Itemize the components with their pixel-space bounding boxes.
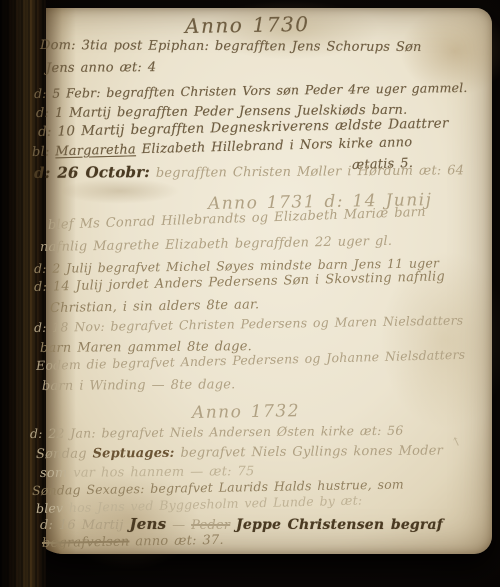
manuscript-line: Christian, i sin alders 8te aar.: [50, 297, 260, 316]
line-part: anno æt: 37.: [129, 533, 224, 550]
manuscript-line: d: 5 Febr: begrafften Christen Vors søn …: [34, 80, 468, 101]
manuscript-line: nafnlig Magrethe Elizabeth begraffden 22…: [40, 234, 392, 255]
line-part: Elizabeth Hillebrand i Nors kirke anno: [136, 135, 413, 157]
underlined-name: Margaretha: [55, 142, 136, 159]
dark-overwrite: Jeppe Christensen begraf: [236, 517, 443, 533]
line-part: d: 16 Martij: [40, 518, 129, 533]
manuscript-line: begrafvelsen anno æt: 37.: [42, 533, 224, 551]
handwriting-layer: Anno 1730 Dom: 3tia post Epiphan: begraf…: [0, 0, 500, 587]
line-part: —: [166, 518, 191, 533]
manuscript-line: barn i Winding — 8te dage.: [42, 377, 236, 394]
line-part: Søndag: [36, 447, 93, 462]
struck-word: Peder: [191, 518, 230, 533]
manuscript-line-overwritten: d: 16 Martij Jens — Peder Jeppe Christen…: [40, 515, 443, 533]
dark-overwrite: d: 26 Octobr:: [34, 163, 150, 182]
dark-overwrite: Jens: [129, 515, 166, 533]
manuscript-line: som var hos hannem — æt: 75: [40, 464, 255, 481]
line-part: begrafften Christen Møller i Hørdum æt: …: [150, 163, 464, 181]
manuscript-line: Søndag Septuages: begrafvet Niels Gyllin…: [36, 443, 443, 462]
manuscript-line: d: 22 Jan: begrafvet Niels Andersen Øste…: [30, 423, 404, 441]
manuscript-line: d: 18 Nov: begrafvet Christen Pedersens …: [34, 313, 464, 335]
year-heading-1732: Anno 1732: [192, 401, 300, 423]
line-part: bl:: [32, 144, 56, 160]
pen-mark: ↑: [449, 433, 464, 450]
year-heading-1730: Anno 1730: [185, 12, 310, 38]
struck-word: begrafvelsen: [42, 534, 130, 551]
manuscript-line: Jens anno æt: 4: [46, 60, 156, 76]
line-part: begrafvet Niels Gyllings kones Moder: [175, 443, 443, 460]
manuscript-line-overwritten: d: 26 Octobr: begrafften Christen Møller…: [34, 160, 464, 182]
manuscript-line: Dom: 3tia post Epiphan: begrafften Jens …: [40, 38, 422, 55]
dark-word: Septuages:: [92, 446, 174, 462]
photo-backdrop: Anno 1730 Dom: 3tia post Epiphan: begraf…: [0, 0, 500, 587]
